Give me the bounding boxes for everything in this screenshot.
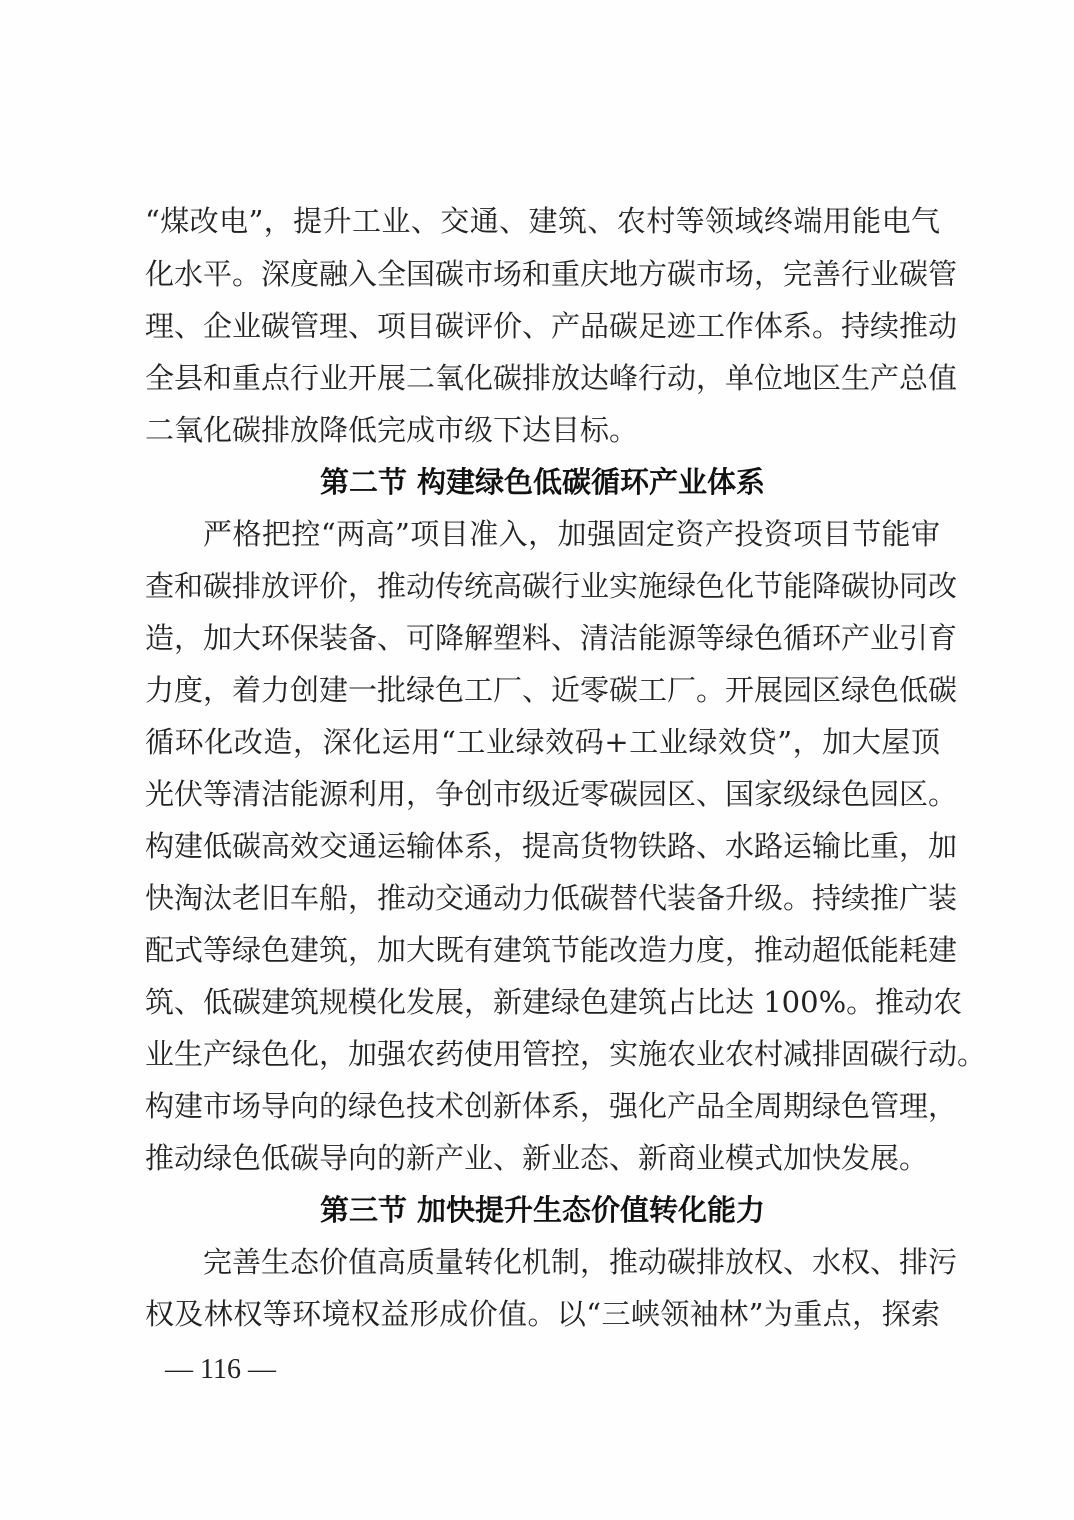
text-line: 循环化改造，深化运用“工业绿效码+工业绿效贷”，加大屋顶 [145, 716, 940, 768]
text-line: 完善生态价值高质量转化机制，推动碳排放权、水权、排污 [203, 1236, 940, 1288]
text-line: 二氧化碳排放降低完成市级下达目标。 [145, 404, 940, 456]
text-line: 配式等绿色建筑，加大既有建筑节能改造力度，推动超低能耗建 [145, 924, 940, 976]
text-line: 快淘汰老旧车船，推动交通动力低碳替代装备升级。持续推广装 [145, 872, 940, 924]
text-line: 查和碳排放评价，推动传统高碳行业实施绿色化节能降碳协同改 [145, 560, 940, 612]
document-page: “煤改电”，提升工业、交通、建筑、农村等领域终端用能电气 化水平。深度融入全国碳… [0, 0, 1074, 1520]
text-line: 力度，着力创建一批绿色工厂、近零碳工厂。开展园区绿色低碳 [145, 664, 940, 716]
section-heading: 第三节 加快提升生态价值转化能力 [145, 1184, 940, 1236]
text-line: 筑、低碳建筑规模化发展，新建绿色建筑占比达 100%。推动农 [145, 976, 940, 1028]
section-heading: 第二节 构建绿色低碳循环产业体系 [145, 456, 940, 508]
text-line: 造，加大环保装备、可降解塑料、清洁能源等绿色循环产业引育 [145, 612, 940, 664]
text-line: 理、企业碳管理、项目碳评价、产品碳足迹工作体系。持续推动 [145, 300, 940, 352]
text-line: 化水平。深度融入全国碳市场和重庆地方碳市场，完善行业碳管 [145, 248, 940, 300]
text-line: 光伏等清洁能源利用，争创市级近零碳园区、国家级绿色园区。 [145, 768, 940, 820]
text-line: 推动绿色低碳导向的新产业、新业态、新商业模式加快发展。 [145, 1132, 940, 1184]
text-line: 构建低碳高效交通运输体系，提高货物铁路、水路运输比重，加 [145, 820, 940, 872]
text-line: 权及林权等环境权益形成价值。以“三峡领袖林”为重点，探索 [145, 1288, 940, 1340]
page-number: — 116 — [165, 1350, 276, 1390]
text-line: 业生产绿色化，加强农药使用管控，实施农业农村减排固碳行动。 [145, 1028, 940, 1080]
text-line: 全县和重点行业开展二氧化碳排放达峰行动，单位地区生产总值 [145, 352, 940, 404]
text-line: “煤改电”，提升工业、交通、建筑、农村等领域终端用能电气 [145, 195, 940, 247]
text-line: 构建市场导向的绿色技术创新体系，强化产品全周期绿色管理， [145, 1080, 940, 1132]
text-line: 严格把控“两高”项目准入，加强固定资产投资项目节能审 [203, 508, 940, 560]
